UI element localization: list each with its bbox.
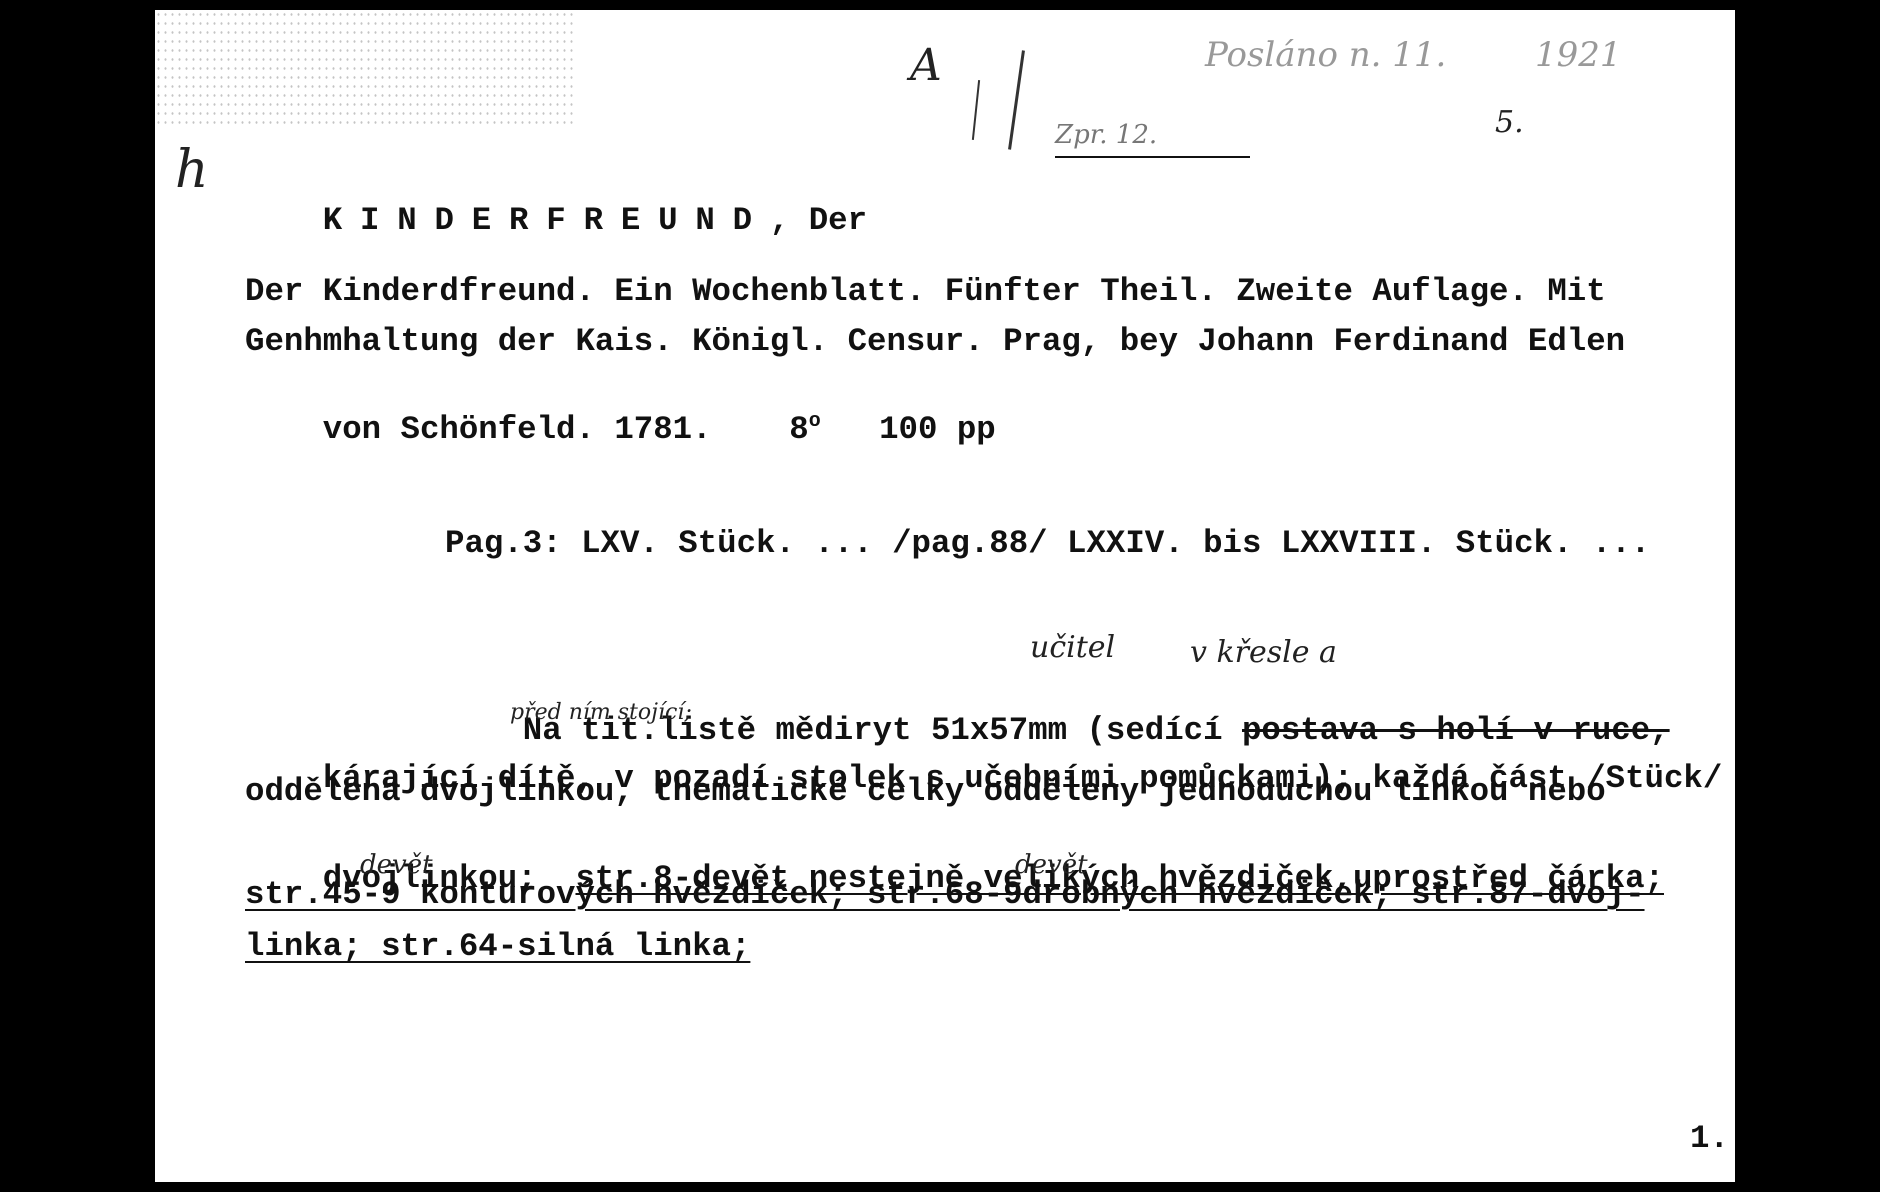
pagination-note: Pag.3: LXV. Stück. ... /pag.88/ LXXIV. b… [445, 525, 1650, 562]
handwritten-note-mid: Zpr. 12. [1055, 120, 1157, 150]
description-line-5: str.45-9 konturových hvězdiček; str.68-9… [245, 876, 1645, 913]
bibliographic-line-1: Der Kinderdfreund. Ein Wochenblatt. Fünf… [245, 273, 1606, 310]
page-count: 100 pp [879, 411, 996, 448]
annotation-pred-nim: před ním stojící; [510, 700, 692, 725]
format-degree: o [809, 410, 821, 433]
handwritten-letter: A [910, 40, 942, 91]
handwritten-note-top: Posláno n. 11. [1205, 35, 1446, 75]
handwritten-number: 5. [1495, 105, 1524, 140]
scan-noise [155, 10, 575, 130]
handwritten-stroke [972, 80, 980, 140]
bibliographic-line-2: Genhmhaltung der Kais. Königl. Censur. P… [245, 323, 1625, 360]
handwritten-stroke [1008, 50, 1025, 149]
card-number: 1. [1690, 1120, 1729, 1157]
imprint: von Schönfeld. 1781. [323, 411, 712, 448]
margin-mark: h [175, 140, 209, 200]
annotation-v-kresle: v křesle a [1190, 635, 1337, 670]
format: 8 [789, 411, 808, 448]
heading-suffix: , Der [770, 202, 867, 239]
entry-heading: KINDERFREUND, Der [245, 165, 867, 276]
header-underline [1055, 156, 1250, 158]
annotation-ucitel: učitel [1030, 630, 1115, 665]
description-line-6: linka; str.64-silná linka; [245, 928, 750, 965]
bibliographic-line-3: von Schönfeld. 1781. 8o 100 pp [245, 373, 996, 485]
heading-title: KINDERFREUND [323, 202, 770, 239]
catalog-card: A Posláno n. 11. 1921 Zpr. 12. 5. h KIND… [155, 10, 1735, 1182]
description-line-3: oddělena dvojlinkou, thematické celky od… [245, 773, 1606, 810]
handwritten-year: 1921 [1535, 35, 1622, 75]
